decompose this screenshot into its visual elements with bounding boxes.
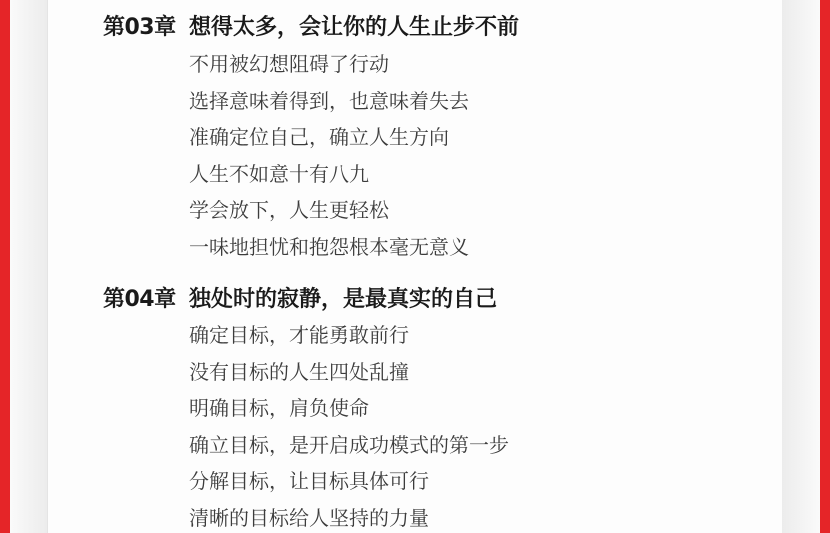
chapter-heading: 第03章 想得太多，会让你的人生止步不前: [103, 7, 519, 43]
chapter-number: 第04章: [103, 282, 189, 313]
section-item: 确立目标，是开启成功模式的第一步: [189, 427, 509, 464]
chapter-number: 第03章: [103, 10, 189, 41]
section-item: 明确目标，肩负使命: [189, 390, 509, 427]
table-of-contents: 第03章 想得太多，会让你的人生止步不前 不用被幻想阻碍了行动 选择意味着得到，…: [48, 0, 782, 533]
section-item: 分解目标，让目标具体可行: [189, 463, 509, 500]
section-list: 不用被幻想阻碍了行动 选择意味着得到，也意味着失去 准确定位自己，确立人生方向 …: [189, 46, 519, 266]
section-item: 学会放下，人生更轻松: [189, 192, 519, 229]
left-shadow: [10, 0, 48, 533]
section-item: 人生不如意十有八九: [189, 156, 519, 193]
chapter-heading: 第04章 独处时的寂静，是最真实的自己: [103, 279, 509, 315]
section-item: 准确定位自己，确立人生方向: [189, 119, 519, 156]
chapter-03: 第03章 想得太多，会让你的人生止步不前 不用被幻想阻碍了行动 选择意味着得到，…: [103, 7, 519, 266]
left-red-border: [0, 0, 10, 533]
section-item: 确定目标，才能勇敢前行: [189, 317, 509, 354]
chapter-title: 独处时的寂静，是最真实的自己: [189, 282, 497, 313]
section-item: 清晰的目标给人坚持的力量: [189, 500, 509, 533]
chapter-title: 想得太多，会让你的人生止步不前: [189, 10, 519, 41]
right-shadow: [781, 0, 820, 533]
section-list: 确定目标，才能勇敢前行 没有目标的人生四处乱撞 明确目标，肩负使命 确立目标，是…: [189, 317, 509, 533]
section-item: 选择意味着得到，也意味着失去: [189, 83, 519, 120]
section-item: 一味地担忧和抱怨根本毫无意义: [189, 229, 519, 266]
chapter-04: 第04章 独处时的寂静，是最真实的自己 确定目标，才能勇敢前行 没有目标的人生四…: [103, 279, 509, 533]
section-item: 没有目标的人生四处乱撞: [189, 354, 509, 391]
section-item: 不用被幻想阻碍了行动: [189, 46, 519, 83]
right-red-border: [820, 0, 830, 533]
